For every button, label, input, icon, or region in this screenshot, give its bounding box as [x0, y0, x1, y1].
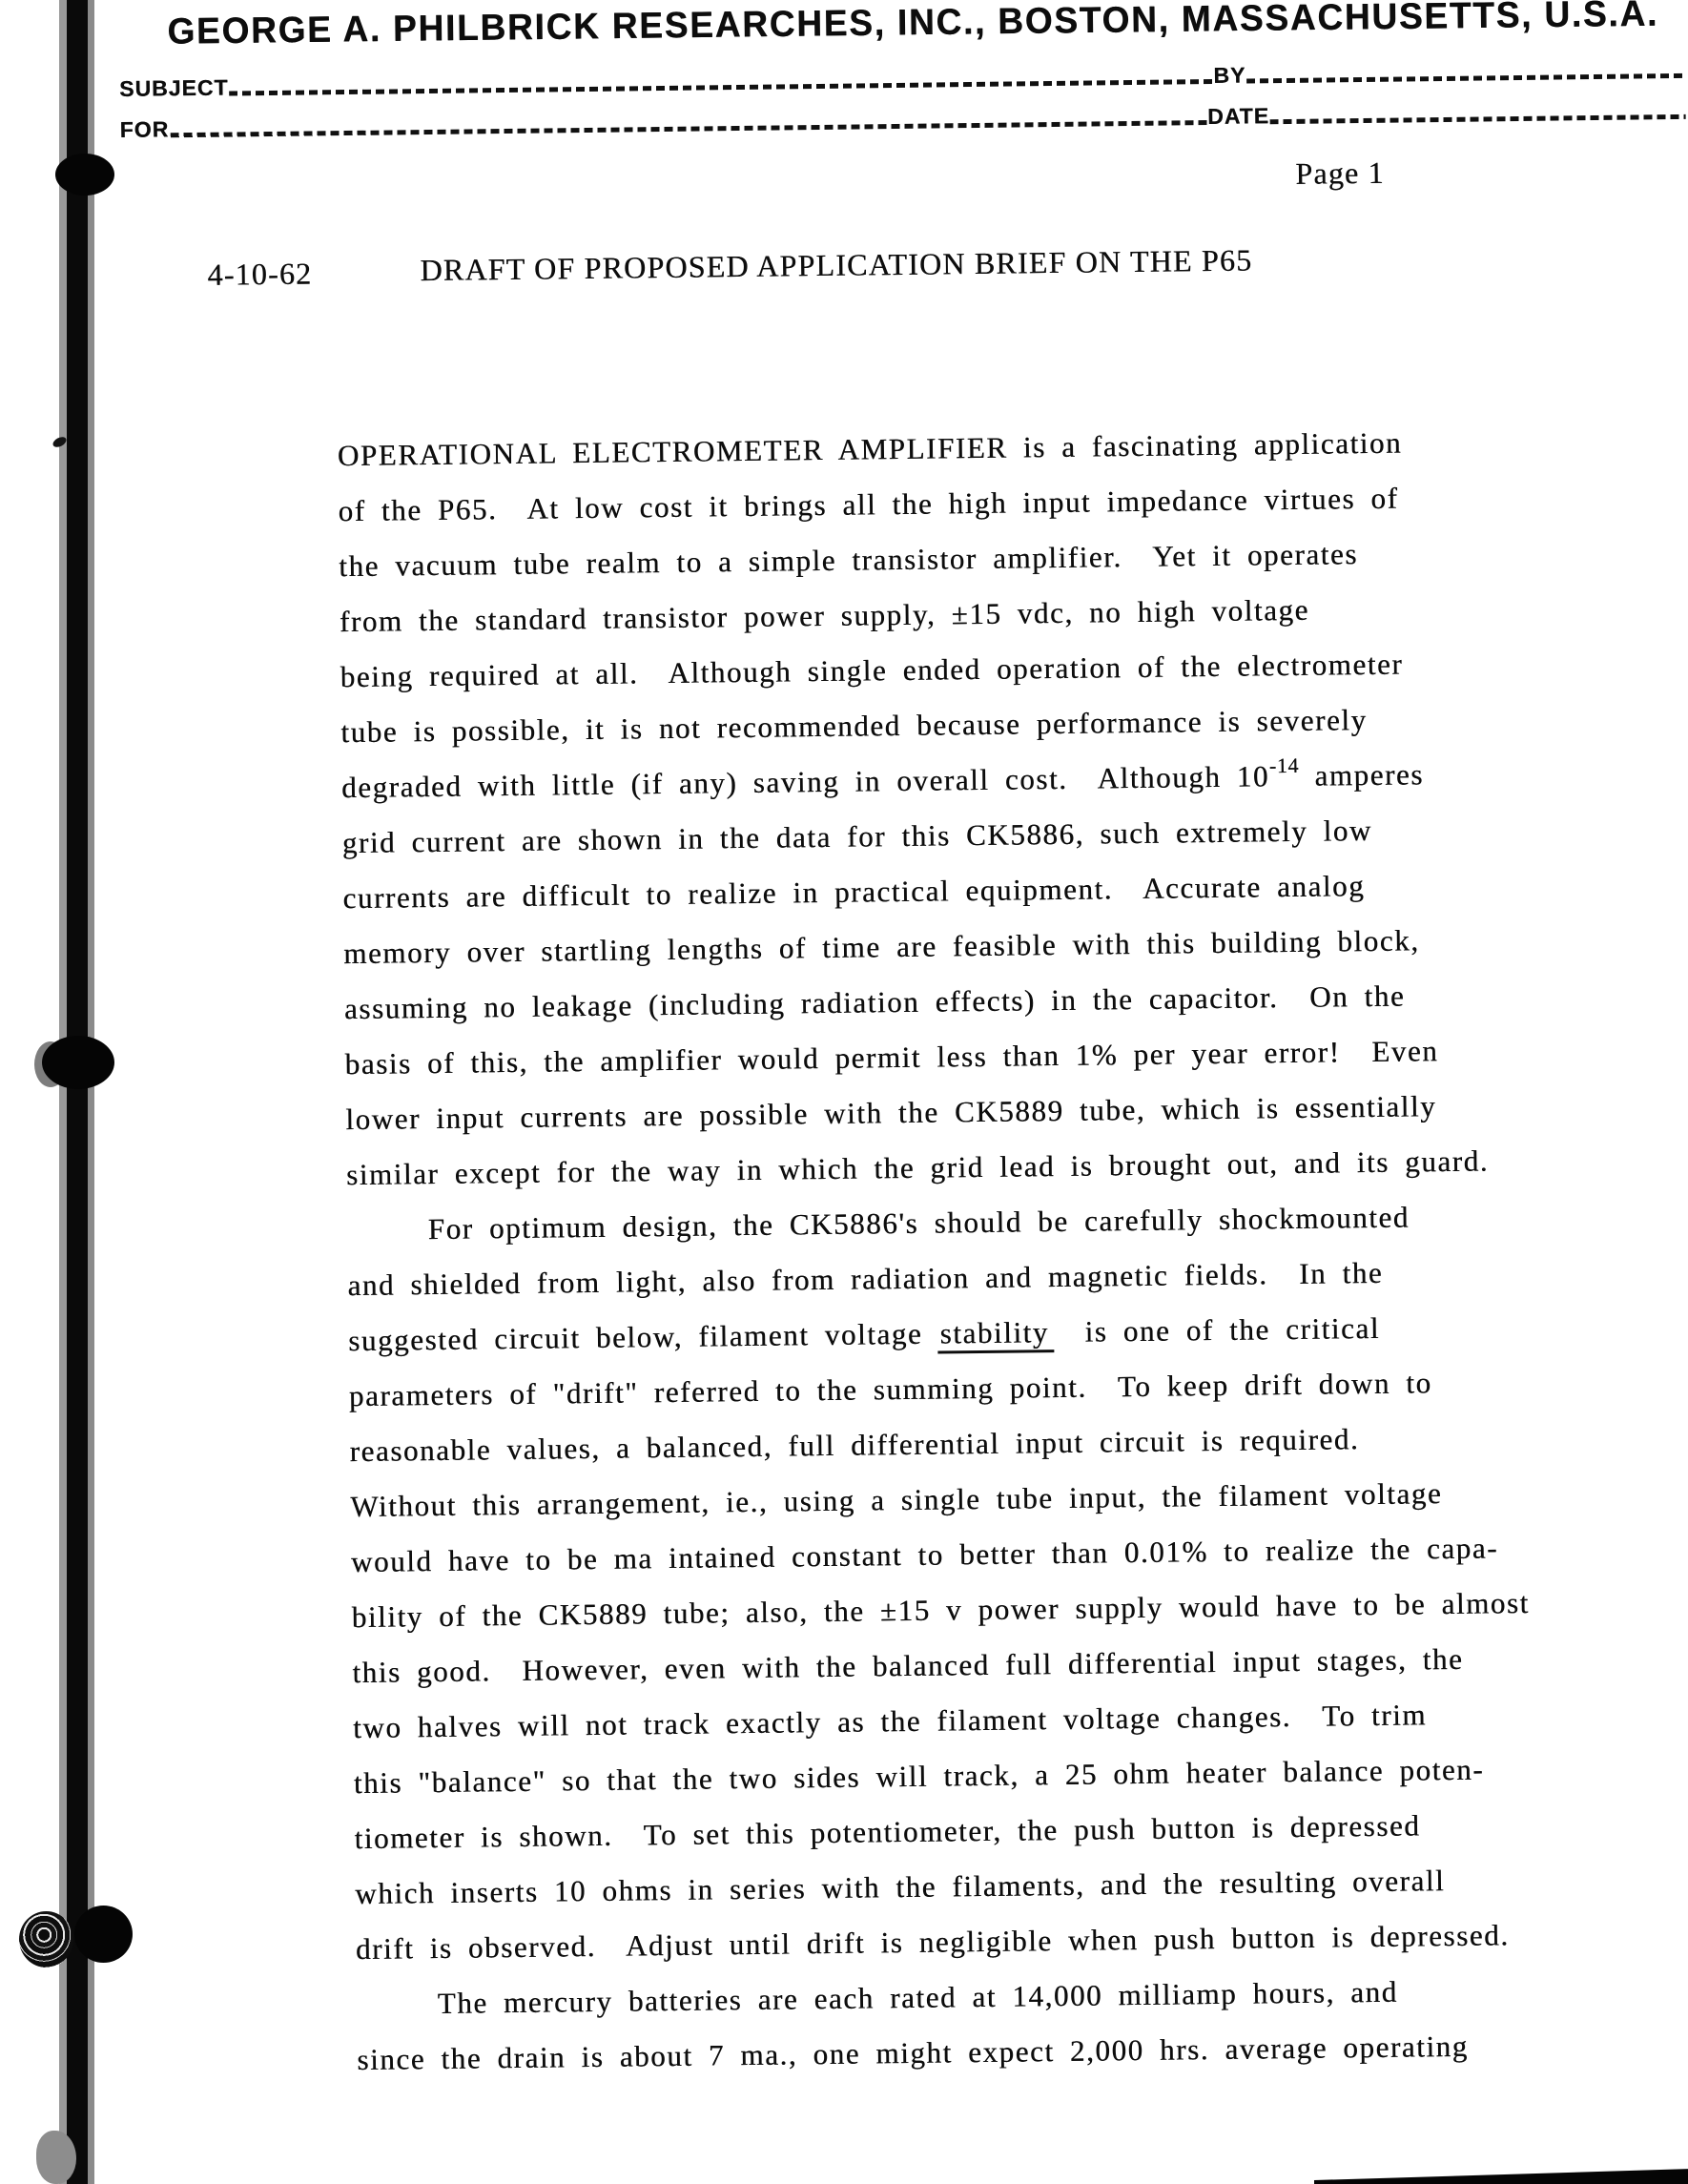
letterhead-company-name: GEORGE A. PHILBRICK RESEARCHES, INC., BO… [167, 0, 1658, 52]
subject-blank-line [230, 79, 1214, 96]
body-text: memory over startling lengths of time ar… [343, 923, 1420, 970]
document-date: 4-10-62 [207, 256, 312, 292]
body-text: OPERATIONAL ELECTROMETER AMPLIFIER is a … [338, 426, 1403, 473]
body-text: tube is possible, it is not recommended … [340, 703, 1368, 749]
body-text: of the P65. At low cost it brings all th… [338, 482, 1398, 528]
body-text: this good. However, even with the balanc… [352, 1642, 1463, 1689]
body-text: degraded with little (if any) saving in … [341, 759, 1269, 804]
body-text: being required at all. Although single e… [340, 648, 1403, 694]
body-text: since the drain is about 7 ma., one migh… [357, 2029, 1469, 2076]
body-text: and shielded from light, also from radia… [347, 1256, 1383, 1302]
body-text: tiometer is shown. To set this potentiom… [354, 1808, 1420, 1855]
page-number: Page 1 [1295, 155, 1385, 192]
body-text: amperes [1299, 757, 1424, 793]
body-text: from the standard transistor power suppl… [340, 593, 1309, 638]
by-label: BY [1213, 63, 1245, 88]
date-label: DATE [1207, 103, 1269, 129]
body-text: drift is observed. Adjust until drift is… [356, 1918, 1510, 1966]
subject-row: SUBJECT BY [119, 53, 1685, 101]
date-blank-line [1270, 114, 1686, 124]
for-label: FOR [120, 116, 170, 142]
body-text: bility of the CK5889 tube; also, the ±15… [352, 1586, 1530, 1634]
body-text: which inserts 10 ohms in series with the… [355, 1864, 1445, 1910]
page-content: GEORGE A. PHILBRICK RESEARCHES, INC., BO… [0, 0, 1688, 2184]
body-text: lower input currents are possible with t… [345, 1089, 1436, 1136]
body-text: this "balance" so that the two sides wil… [354, 1753, 1485, 1800]
body-text: two halves will not track exactly as the… [353, 1698, 1427, 1744]
body-text: basis of this, the amplifier would permi… [344, 1034, 1438, 1081]
document-title: DRAFT OF PROPOSED APPLICATION BRIEF ON T… [420, 242, 1252, 288]
body-text: parameters of "drift" referred to the su… [349, 1366, 1432, 1412]
body-text: suggested circuit below, filament voltag… [348, 1317, 938, 1358]
body-text: Without this arrangement, ie., using a s… [350, 1476, 1442, 1523]
body-text: reasonable values, a balanced, full diff… [349, 1422, 1359, 1468]
for-row: FOR DATE [119, 94, 1685, 142]
body-text: similar except for the way in which the … [346, 1144, 1489, 1191]
subject-label: SUBJECT [119, 75, 229, 101]
body-text: For optimum design, the CK5886's should … [428, 1201, 1410, 1247]
body-text: the vacuum tube realm to a simple transi… [339, 537, 1358, 583]
by-blank-line [1246, 73, 1685, 84]
body-text: The mercury batteries are each rated at … [437, 1975, 1397, 2020]
body-lines: OPERATIONAL ELECTROMETER AMPLIFIER is a … [338, 414, 1535, 2088]
body-text: would have to be ma intained constant to… [351, 1531, 1498, 1578]
body-text: grid current are shown in the data for t… [342, 814, 1372, 859]
for-blank-line [170, 120, 1207, 137]
underlined-word: stability [937, 1315, 1054, 1353]
body-text: is one of the critical [1054, 1311, 1380, 1349]
scan-artifact-bottom-right [1314, 2167, 1688, 2184]
body-text: assuming no leakage (including radiation… [344, 979, 1406, 1026]
superscript-exponent: -14 [1269, 753, 1299, 777]
document-page: GEORGE A. PHILBRICK RESEARCHES, INC., BO… [0, 0, 1688, 2184]
body-text: currents are difficult to realize in pra… [342, 869, 1365, 915]
